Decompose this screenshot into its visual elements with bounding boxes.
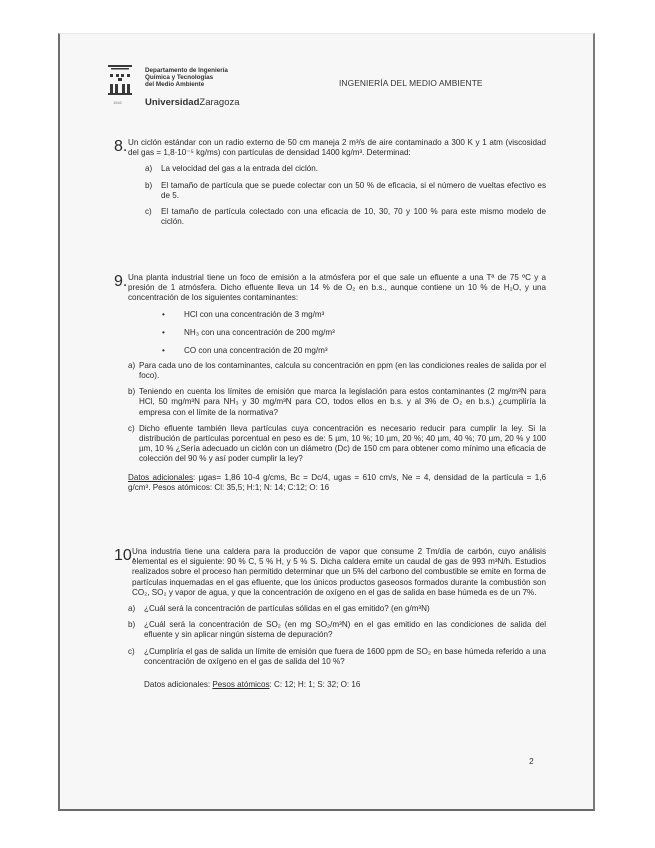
list-item: NH₃ con una concentración de 200 mg/m³ bbox=[162, 328, 546, 338]
contaminant-list: HCl con una concentración de 3 mg/m³ NH₃… bbox=[162, 310, 546, 357]
problem-part: b)El tamaño de partícula que se puede co… bbox=[145, 181, 546, 201]
page-number: 2 bbox=[529, 756, 534, 766]
problem-part: b)¿Cuál será la concentración de SO₂ (en… bbox=[128, 620, 546, 640]
problem-9: 9. Una planta industrial tiene un foco d… bbox=[114, 273, 546, 493]
problem-number: 8. bbox=[114, 138, 127, 156]
problem-part: b)Teniendo en cuenta los límites de emis… bbox=[128, 387, 546, 418]
problem-10: 10. Una industria tiene una caldera para… bbox=[114, 547, 546, 690]
scanned-page: 1542 Departamento de Ingeniería Química … bbox=[58, 33, 595, 811]
problem-part: c)Dicho efluente también lleva partícula… bbox=[128, 424, 546, 465]
problem-part: a)Para cada uno de los contaminantes, ca… bbox=[128, 361, 546, 381]
list-item: HCl con una concentración de 3 mg/m³ bbox=[162, 310, 546, 320]
university-name: UniversidadZaragoza bbox=[145, 97, 240, 108]
problem-number: 9. bbox=[114, 273, 127, 291]
problem-part: c)¿Cumpliría el gas de salida un límite … bbox=[128, 647, 546, 667]
course-title: INGENIERÍA DEL MEDIO AMBIENTE bbox=[339, 78, 483, 88]
page-header: 1542 Departamento de Ingeniería Química … bbox=[107, 64, 547, 114]
list-item: CO con una concentración de 20 mg/m³ bbox=[162, 346, 546, 356]
problem-part: a)La velocidad del gas a la entrada del … bbox=[145, 164, 546, 174]
problem-statement: Una planta industrial tiene un foco de e… bbox=[128, 273, 546, 304]
additional-data: Datos adicionales: µgas= 1,86 10-4 g/cms… bbox=[128, 473, 546, 493]
problem-part: c)El tamaño de partícula colectado con u… bbox=[145, 207, 546, 227]
department-name: Departamento de Ingeniería Química y Tec… bbox=[145, 67, 228, 89]
problem-statement: Una industria tiene una caldera para la … bbox=[132, 547, 546, 598]
problem-8: 8. Un ciclón estándar con un radio exter… bbox=[114, 138, 546, 227]
problem-statement: Un ciclón estándar con un radio externo … bbox=[128, 138, 546, 158]
problem-part: a)¿Cuál será la concentración de partícu… bbox=[128, 604, 546, 614]
problem-number: 10. bbox=[114, 547, 136, 565]
logo-year: 1542 bbox=[113, 100, 122, 105]
additional-data: Datos adicionales: Pesos atómicos: C: 12… bbox=[144, 680, 546, 690]
